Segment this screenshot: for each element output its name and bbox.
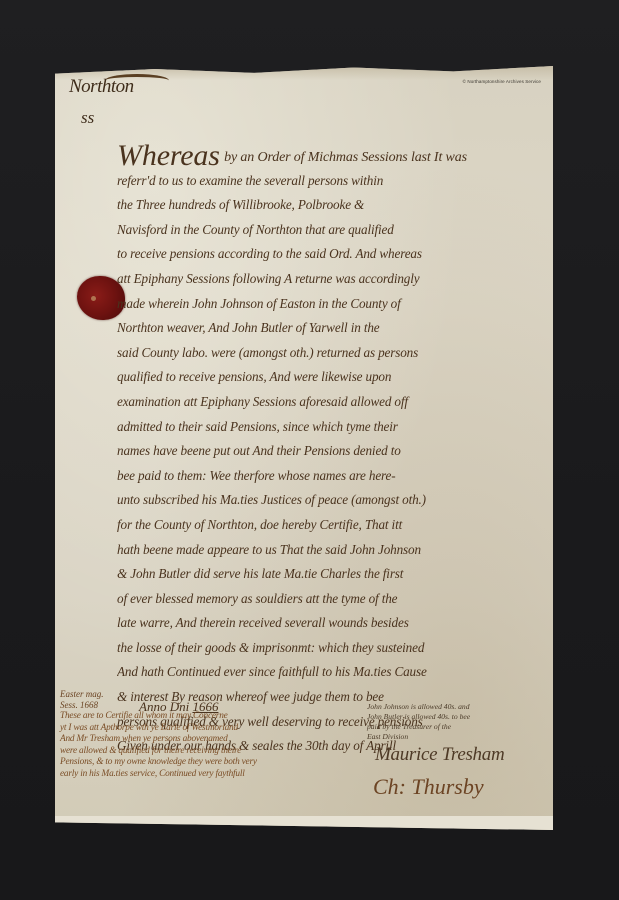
body-line-10: examination att Epiphany Sessions afores… (117, 390, 545, 415)
body-line-12: names have beene put out And their Pensi… (117, 439, 545, 464)
body-line-17: & John Butler did serve his late Ma.tie … (117, 562, 545, 587)
body-line-9: qualified to receive pensions, And were … (117, 365, 545, 390)
body-line-20: the losse of their goods & imprisonmt: w… (117, 636, 545, 661)
paper-bottom-margin (55, 816, 553, 830)
allowance-line-3: East Division (367, 732, 547, 742)
note-line-4: Pensions, & to my owne knowledge they we… (60, 757, 340, 769)
body-line-7: Northton weaver, And John Butler of Yarw… (117, 316, 545, 341)
body-line-11: admitted to their said Pensions, since w… (117, 415, 545, 440)
note-line-5: early in his Ma.ties service, Continued … (60, 769, 340, 781)
body-line-13: bee paid to them: Wee therfore whose nam… (117, 464, 545, 489)
body-line-6: made wherein John Johnson of Easton in t… (117, 292, 545, 317)
body-line-1: referr'd to us to examine the severall p… (117, 169, 545, 194)
body-line-3: Navisford in the County of Northton that… (117, 218, 545, 243)
document-viewer: © Northamptonshire Archives Service Nort… (0, 0, 619, 900)
copyright-notice: © Northamptonshire Archives Service (463, 79, 541, 84)
opening-word: Whereas (117, 144, 220, 169)
allowance-line-2: paid by the Treasurer of the (367, 722, 547, 732)
body-line-19: late warre, And therein received several… (117, 611, 545, 636)
endorsement-note: Easter mag. Sess. 1668 These are to Cert… (60, 689, 340, 781)
certificate-body: Whereas by an Order of Michmas Sessions … (117, 144, 545, 759)
header-place: Northton (69, 76, 134, 98)
body-line-16: hath beene made appeare to us That the s… (117, 538, 545, 563)
opening-phrase: by an Order (224, 150, 290, 165)
allowance-line-1: John Butler is allowed 40s. to bee (367, 712, 547, 722)
body-line-8: said County labo. were (amongst oth.) re… (117, 341, 545, 366)
sessions-stamp-line-0: Easter mag. (60, 689, 340, 700)
sessions-stamp-line-1: Sess. 1668 (60, 700, 340, 711)
body-line-2: the Three hundreds of Willibrooke, Polbr… (117, 193, 545, 218)
manuscript-page: © Northamptonshire Archives Service Nort… (55, 66, 553, 830)
note-line-0: These are to Certifie all whom it may Co… (60, 711, 340, 723)
note-line-2: And Mr Tresham when ye persons abovename… (60, 734, 340, 746)
body-line-14: unto subscribed his Ma.ties Justices of … (117, 488, 545, 513)
signature-tresham: Maurice Tresham (375, 744, 504, 766)
body-line-15: for the County of Northton, doe hereby C… (117, 513, 545, 538)
allowance-note: John Johnson is allowed 40s. and John Bu… (367, 702, 547, 742)
body-line-5: att Epiphany Sessions following A return… (117, 267, 545, 292)
seal-highlight (91, 296, 96, 301)
body-line-18: of ever blessed memory as souldiers att … (117, 587, 545, 612)
header-abbrev: ss (81, 108, 94, 128)
signature-thursby: Ch: Thursby (373, 774, 484, 800)
body-line-21: And hath Continued ever since faithfull … (117, 660, 545, 685)
body-line-0: Whereas by an Order of Michmas Sessions … (117, 144, 545, 169)
body-line-4: to receive pensions according to the sai… (117, 242, 545, 267)
allowance-line-0: John Johnson is allowed 40s. and (367, 702, 547, 712)
body-line-text: of Michmas Sessions last It was (294, 150, 467, 165)
note-line-3: were allowed & qualified for theire rece… (60, 746, 340, 758)
note-line-1: yt I was att Apthorpe wth ye Earle of We… (60, 723, 340, 735)
